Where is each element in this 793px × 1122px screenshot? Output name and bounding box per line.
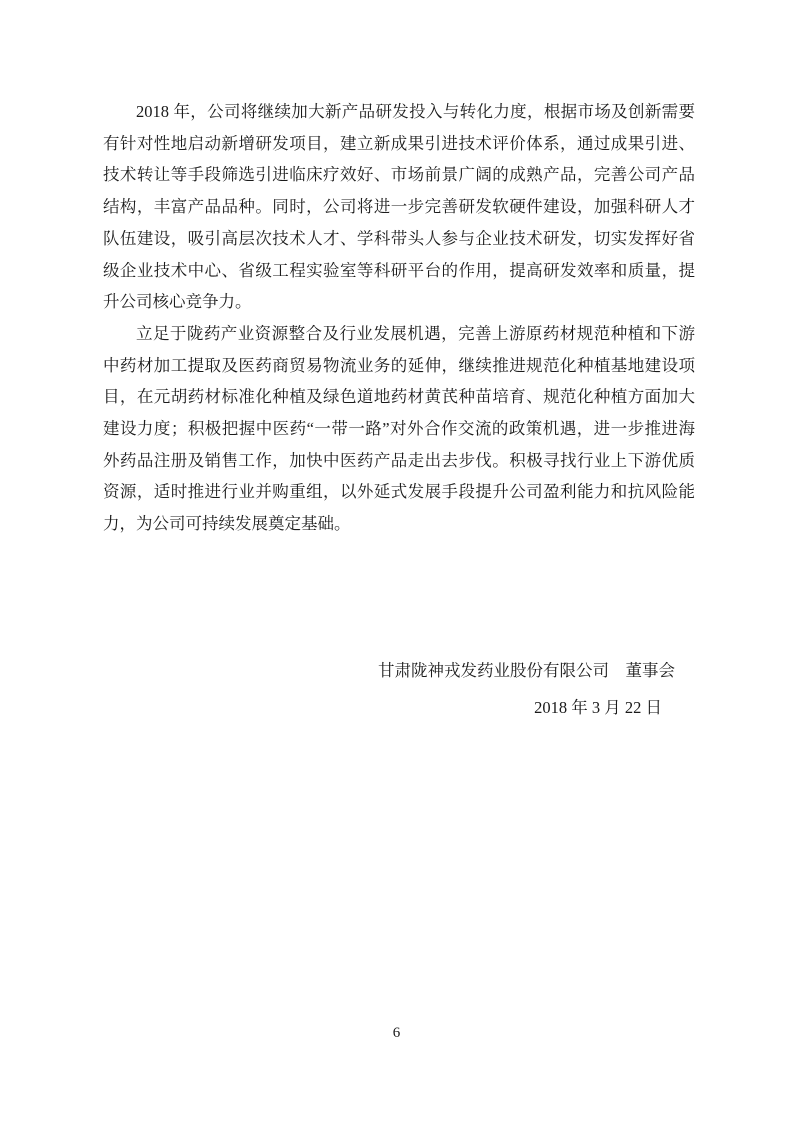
signature-date-line: 2018 年 3 月 22 日 — [103, 689, 695, 727]
body-paragraph-1: 2018 年，公司将继续加大新产品研发投入与转化力度，根据市场及创新需要有针对性… — [103, 96, 695, 318]
signature-block: 甘肃陇神戎发药业股份有限公司 董事会 2018 年 3 月 22 日 — [103, 652, 695, 727]
signature-company-line: 甘肃陇神戎发药业股份有限公司 董事会 — [103, 652, 695, 690]
page-content: 2018 年，公司将继续加大新产品研发投入与转化力度，根据市场及创新需要有针对性… — [103, 96, 695, 727]
body-paragraph-2: 立足于陇药产业资源整合及行业发展机遇，完善上游原药材规范种植和下游中药材加工提取… — [103, 318, 695, 540]
document-page: 2018 年，公司将继续加大新产品研发投入与转化力度，根据市场及创新需要有针对性… — [0, 0, 793, 1122]
page-number: 6 — [0, 1025, 793, 1042]
